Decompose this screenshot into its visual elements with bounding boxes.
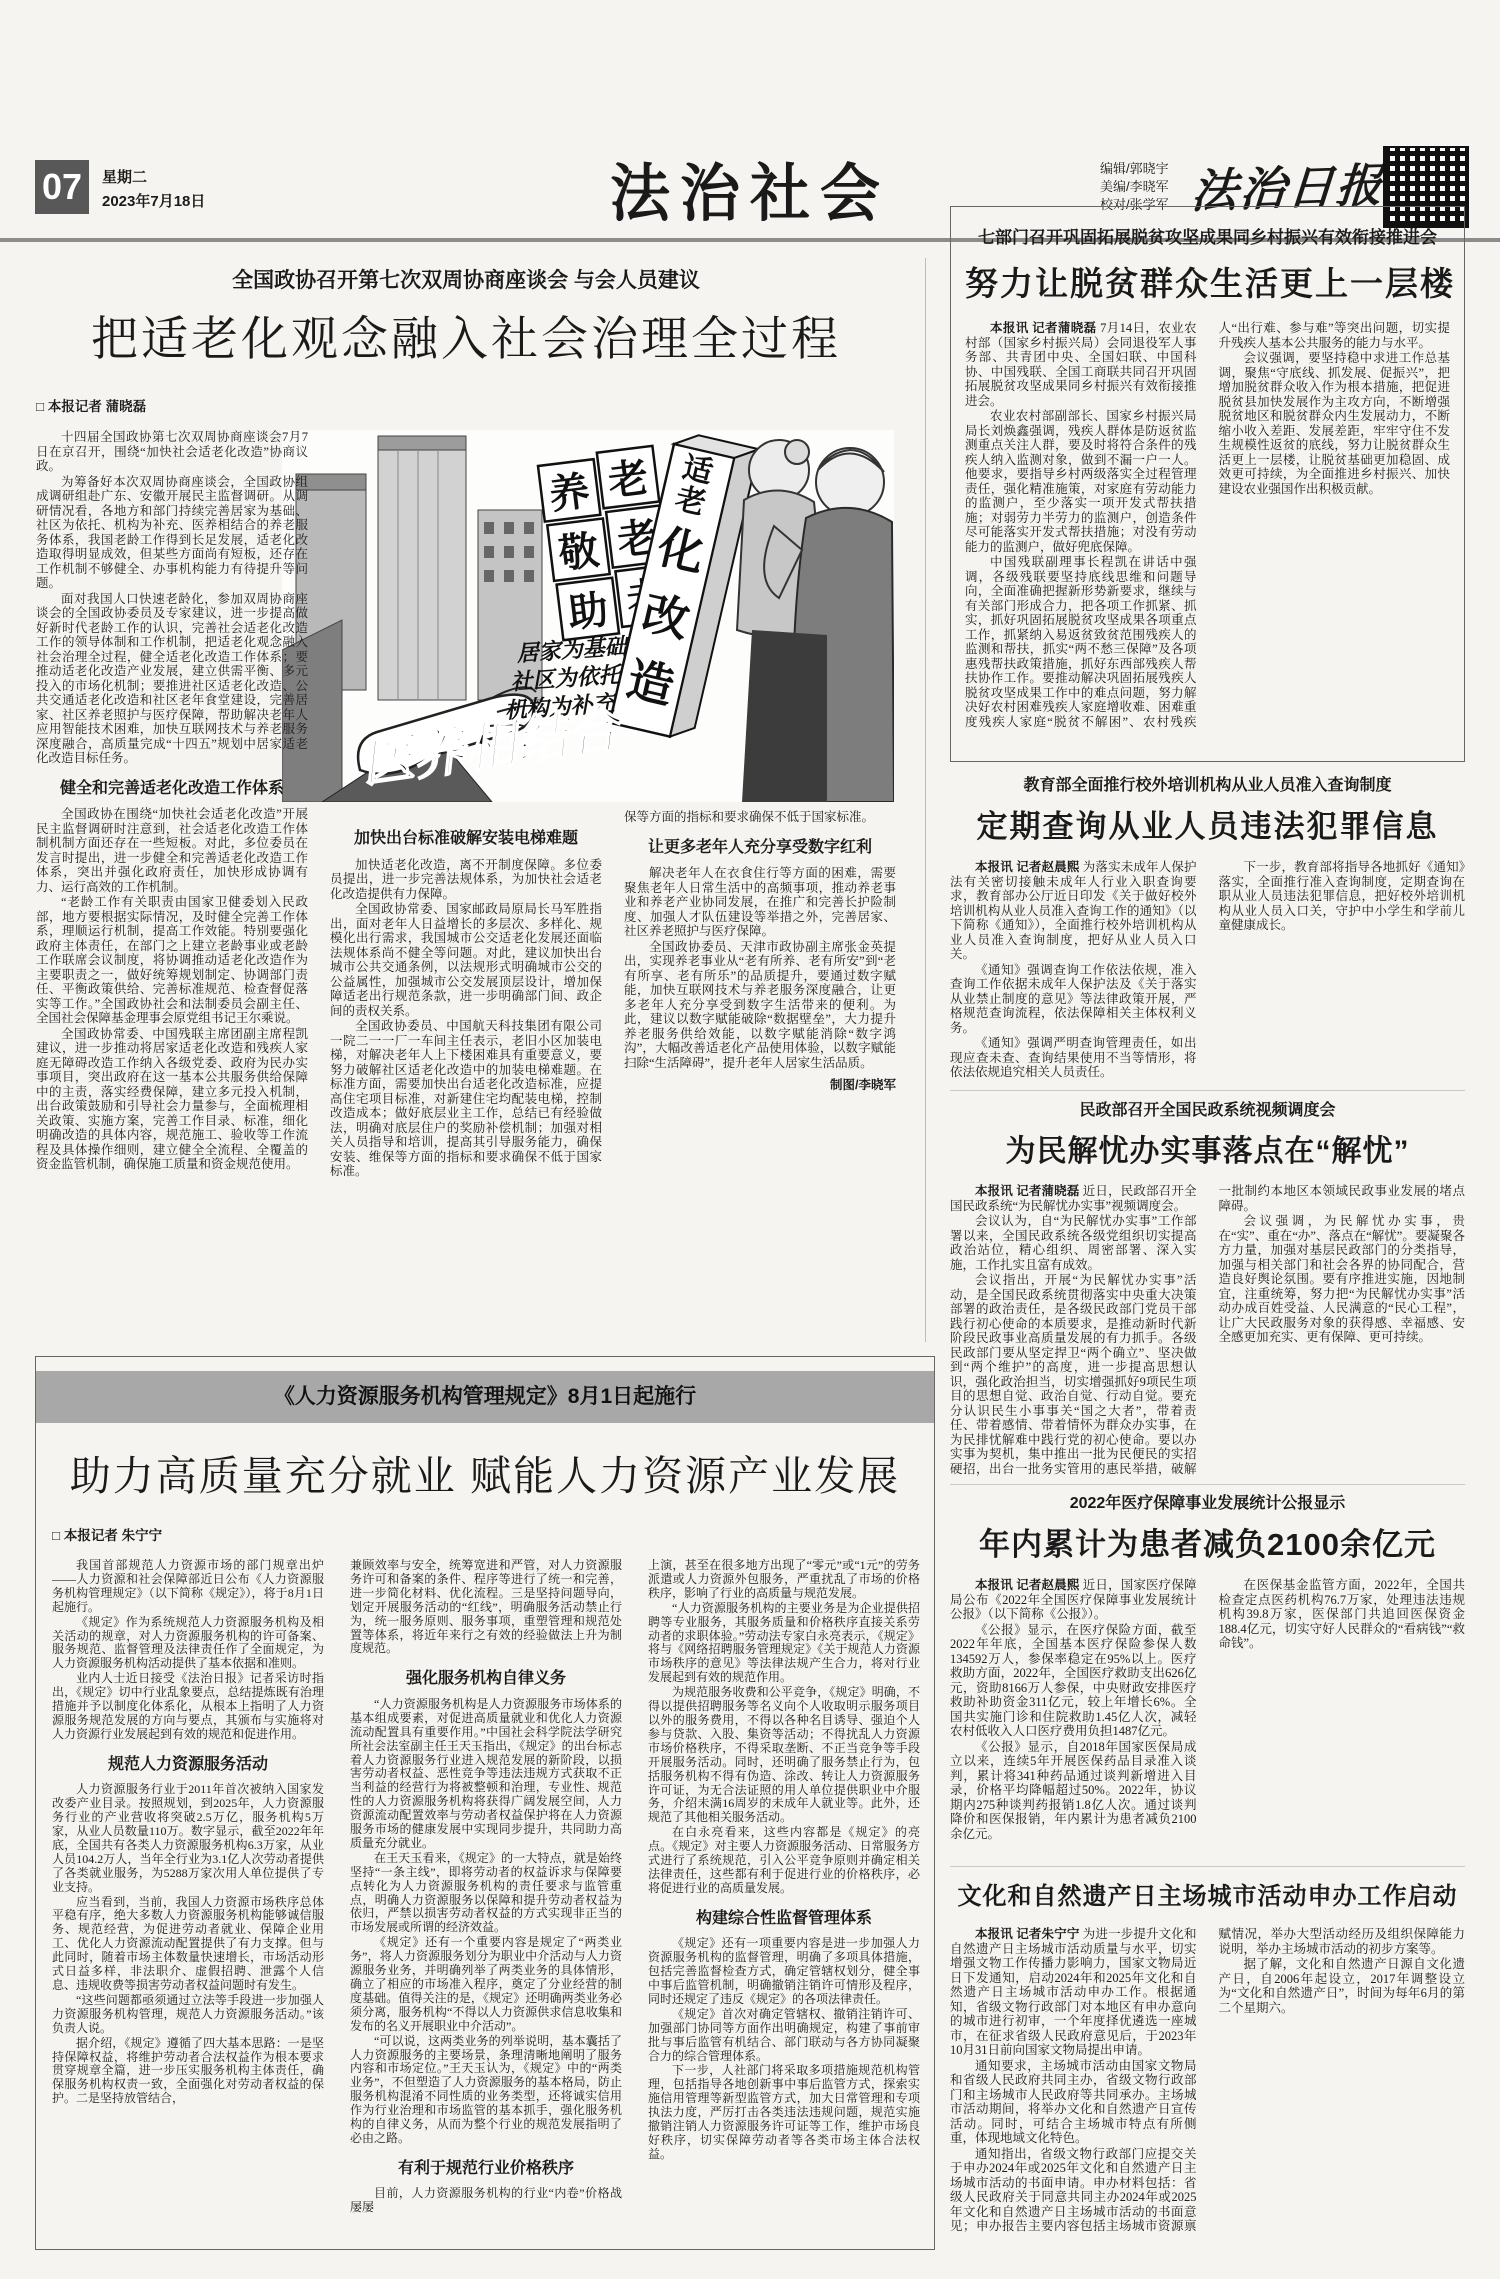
paragraph: 据了解，文化和自然遗产日源自文化遗产日，自2006年起设立，2017年调整设立为… — [1219, 1957, 1466, 2015]
weekday-label: 星期二 — [102, 166, 147, 187]
paragraph: 十四届全国政协第七次双周协商座谈会7月7日在京召开，围绕“加快社会适老化改造”协… — [36, 430, 308, 474]
column-subheading: 强化服务机构自律义务 — [350, 1670, 622, 1689]
column-subheading: 规范人力资源服务活动 — [52, 1756, 324, 1775]
article-main: 全国政协召开第七次双周协商座谈会 与会人员建议 把适老化观念融入社会治理全过程 … — [36, 258, 896, 415]
article-medical: 2022年医疗保障事业发展统计公报显示 年内累计为患者减负2100余亿元 本报讯… — [950, 1490, 1465, 1850]
main-article-body: 养 老 敬 老 助 老 适 老 — [36, 430, 896, 1340]
paragraph: 下一步，人社部门将采取多项措施规范机构管理，包括指导各地创新事中事后监管方式，探… — [648, 2064, 920, 2161]
paragraph: 为筹备好本次双周协商座谈会，全国政协组成调研组赴广东、安徽开展民主监督调研。从调… — [36, 475, 308, 591]
column-subheading: 让更多老年人充分享受数字红利 — [624, 839, 896, 858]
paragraph: 应当看到，当前，我国人力资源市场秩序总体平稳有序，绝大多数人力资源服务机构能够诚… — [52, 1896, 324, 1993]
paragraph: 目前，人力资源服务机构的行业“内卷”价格战屡屡 — [350, 2187, 622, 2215]
poverty-kicker: 七部门召开巩固拓展脱贫攻坚成果同乡村振兴有效衔接推进会 — [965, 223, 1450, 248]
paragraph: 会议强调，要坚持稳中求进工作总基调，聚焦“守底线、抓发展、促振兴”，把增加脱贫群… — [1219, 351, 1451, 496]
column-subheading: 健全和完善适老化改造工作体系 — [36, 780, 308, 799]
article-heritage: 文化和自然遗产日主场城市活动申办工作启动 本报讯 记者朱宁宁 为进一步提升文化和… — [950, 1876, 1465, 2257]
article-separator — [950, 1866, 1465, 1867]
paragraph: 《规定》首次对确定管辖权、撤销注销许可、加强部门协同等方面作出明确规定，构建了事… — [648, 2008, 920, 2064]
training-kicker: 教育部全面推行校外培训机构从业人员准入查询制度 — [950, 772, 1465, 795]
article-poverty: 七部门召开巩固拓展脱贫攻坚成果同乡村振兴有效衔接推进会 努力让脱贫群众生活更上一… — [950, 206, 1465, 762]
paragraph: “人力资源服务机构的主要业务是为企业提供招聘等专业服务，其服务质量和价格秩序直接… — [648, 1602, 920, 1685]
paragraph: 《公报》显示，自2018年国家医保局成立以来，连续5年开展医保药品目录准入谈判，… — [950, 1740, 1197, 1842]
paragraph: 业内人士近日接受《法治日报》记者采访时指出，《规定》切中行业乱象要点，总结提炼既… — [52, 1672, 324, 1742]
main-column-2: 加快出台标准破解安装电梯难题加快适老化改造，离不开制度保障。多位委员提出，进一步… — [330, 430, 602, 1340]
paragraph: “可以说，这两类业务的列举说明，基本囊括了人力资源服务的主要场景，条理清晰地阐明… — [350, 2035, 622, 2146]
paragraph: 人力资源服务行业于2011年首次被纳入国家发改委产业目录。按照规划，到2025年… — [52, 1783, 324, 1894]
lead-paragraph: 本报讯 记者赵晨熙 近日，国家医疗保障局公布《2022年全国医疗保障事业发展统计… — [950, 1578, 1197, 1622]
paragraph: 在王天玉看来，《规定》的一大特点，就是始终坚持“一条主线”，即将劳动者的权益诉求… — [350, 1852, 622, 1935]
paragraph: 面对我国人口快速老龄化，参加双周协商座谈会的全国政协委员及专家建议，进一步提高做… — [36, 592, 308, 766]
training-body: 本报讯 记者赵晨熙 为落实未成年人保护法有关密切接触未成年人行业入职查询要求，教… — [950, 860, 1465, 1082]
medical-headline: 年内累计为患者减负2100余亿元 — [950, 1519, 1465, 1564]
heritage-body: 本报讯 记者朱宁宁 为进一步提升文化和自然遗产日主场城市活动质量与水平，切实增强… — [950, 1927, 1465, 2257]
hr-column-1: 我国首部规范人力资源市场的部门规章出炉——人力资源和社会保障部近日公布《人力资源… — [52, 1559, 324, 2235]
column-divider — [925, 258, 926, 1342]
main-byline: □ 本报记者 蒲晓磊 — [36, 395, 896, 415]
date-label: 2023年7月18日 — [102, 190, 205, 211]
paragraph: 《规定》作为系统规范人力资源服务机构及相关活动的规章，对人力资源服务机构的许可备… — [52, 1616, 324, 1672]
main-kicker: 全国政协召开第七次双周协商座谈会 与会人员建议 — [36, 264, 896, 294]
poverty-body: 本报讯 记者蒲晓磊 7月14日，农业农村部（国家乡村振兴局）会同退役军人事务部、… — [965, 321, 1450, 751]
paragraph: 全国政协委员、天津市政协副主席张金英提出，实现养老事业从“老有所养、老有所安”到… — [624, 940, 896, 1071]
paragraph: 会议认为，自“为民解忧办实事”工作部署以来，全国民政系统各级党组织切实提高政治站… — [950, 1214, 1197, 1272]
column-subheading: 构建综合性监督管理体系 — [648, 1910, 920, 1929]
paragraph: 会议强调，为民解忧办实事，贵在“实”、重在“办”、落点在“解忧”。要凝聚各方力量… — [1219, 1214, 1466, 1345]
section-title: 法治社会 — [610, 144, 890, 233]
paragraph: 全国政协常委、国家邮政局原局长马军胜指出，面对老年人日益增长的多层次、多样化、规… — [330, 902, 602, 1018]
heritage-headline: 文化和自然遗产日主场城市活动申办工作启动 — [950, 1876, 1465, 1911]
medical-body: 本报讯 记者赵晨熙 近日，国家医疗保障局公布《2022年全国医疗保障事业发展统计… — [950, 1578, 1465, 1850]
hr-kicker: 《人力资源服务机构管理规定》8月1日起施行 — [274, 1385, 696, 1408]
hr-column-3: 上演，甚至在很多地方出现了“零元”或“1元”的劳务派遣或人力资源外包服务，严重扰… — [648, 1559, 920, 2235]
main-column-1: 十四届全国政协第七次双周协商座谈会7月7日在京召开，围绕“加快社会适老化改造”协… — [36, 430, 308, 1340]
article-hr: 《人力资源服务机构管理规定》8月1日起施行 助力高质量充分就业 赋能人力资源产业… — [35, 1356, 935, 2250]
paragraph: 在白永亮看来，这些内容都是《规定》的亮点。《规定》对主要人力资源服务活动、日常服… — [648, 1826, 920, 1896]
paragraph: “人力资源服务机构是人力资源服务市场体系的基本组成要素，对促进高质量就业和优化人… — [350, 1698, 622, 1851]
paragraph: 解决老年人在衣食住行等方面的困难，需要聚焦老年人日常生活中的高频事项，推动养老事… — [624, 866, 896, 939]
column-subheading: 有利于规范行业价格秩序 — [350, 2160, 622, 2179]
art-editor-line: 美编/李晓军 — [1100, 178, 1169, 196]
paragraph: 我国首部规范人力资源市场的部门规章出炉——人力资源和社会保障部近日公布《人力资源… — [52, 1559, 324, 1615]
paragraph: 在医保基金监管方面，2022年，全国共检查定点医药机构76.7万家，处理违法违规… — [1219, 1578, 1466, 1651]
paragraph: 为规范服务收费和公平竞争，《规定》明确，不得以提供招聘服务等名义向个人收取明示服… — [648, 1686, 920, 1825]
page-number-box: 07 — [35, 160, 89, 214]
paragraph: 兼顾效率与安全，统筹宽进和严管，对人力资源服务许可和备案的条件、程序等进行了统一… — [350, 1559, 622, 1656]
article-training: 教育部全面推行校外培训机构从业人员准入查询制度 定期查询从业人员违法犯罪信息 本… — [950, 772, 1465, 1082]
paragraph: 《规定》还有一项重要内容是进一步加强人力资源服务机构的监督管理，明确了多项具体措… — [648, 1937, 920, 2007]
hr-article-body: 我国首部规范人力资源市场的部门规章出炉——人力资源和社会保障部近日公布《人力资源… — [52, 1559, 920, 2235]
paragraph: 上演，甚至在很多地方出现了“零元”或“1元”的劳务派遣或人力资源外包服务，严重扰… — [648, 1559, 920, 1601]
main-column-3: 保等方面的指标和要求确保不低于国家标准。让更多老年人充分享受数字红利解决老年人在… — [624, 430, 896, 1340]
page-number: 07 — [35, 160, 89, 214]
paragraph: 全国政协在围绕“加快社会适老化改造”开展民主监督调研时注意到，社会适老化改造工作… — [36, 807, 308, 894]
article-separator — [950, 1090, 1465, 1091]
article-separator — [950, 1484, 1465, 1485]
civil-body: 本报讯 记者蒲晓磊 近日，民政部召开全国民政系统“为民解忧办实事”视频调度会。会… — [950, 1184, 1465, 1476]
paragraph: 《通知》强调查询工作依法依规，准入查询工作依据未成年人保护法及《关于落实从业禁止… — [950, 963, 1197, 1036]
paragraph: 《通知》强调严明查询管理责任，如出现应查未查、查询结果使用不当等情形，将依法依规… — [950, 1036, 1197, 1080]
column-subheading: 加快出台标准破解安装电梯难题 — [330, 830, 602, 849]
newspaper-page: 07 星期二 2023年7月18日 法治社会 编辑/郭晓宇 美编/李晓军 校对/… — [0, 0, 1500, 2279]
paragraph: “老龄工作有关职责由国家卫健委划入民政部，地方要根据实际情况，及时健全完善工作体… — [36, 895, 308, 1026]
poverty-headline: 努力让脱贫群众生活更上一层楼 — [965, 258, 1450, 305]
illustration-credit: 制图/李晓军 — [624, 1078, 896, 1093]
paragraph: 通知要求，主场城市活动由国家文物局和省级人民政府共同主办，省级文物行政部门和主场… — [950, 2059, 1197, 2146]
paragraph: “这些问题都亟须通过立法等手段进一步加强人力资源服务机构管理，规范人力资源服务活… — [52, 1994, 324, 2036]
medical-kicker: 2022年医疗保障事业发展统计公报显示 — [950, 1490, 1465, 1513]
paragraph: 农业农村部副部长、国家乡村振兴局局长刘焕鑫强调，残疾人群体是防返贫监测重点关注人… — [965, 409, 1197, 554]
civil-headline: 为民解忧办实事落点在“解忧” — [950, 1126, 1465, 1170]
paragraph: 据介绍，《规定》遵循了四大基本思路：一是坚持保障权益，将维护劳动者合法权益作为根… — [52, 2037, 324, 2107]
lead-paragraph: 本报讯 记者朱宁宁 为进一步提升文化和自然遗产日主场城市活动质量与水平，切实增强… — [950, 1927, 1197, 2058]
hr-column-2: 兼顾效率与安全，统筹宽进和严管，对人力资源服务许可和备案的条件、程序等进行了统一… — [350, 1559, 622, 2235]
training-headline: 定期查询从业人员违法犯罪信息 — [950, 801, 1465, 846]
hr-byline: □ 本报记者 朱宁宁 — [52, 1524, 934, 1544]
paragraph: 保等方面的指标和要求确保不低于国家标准。 — [624, 810, 896, 825]
paragraph: 全国政协委员、中国航天科技集团有限公司一院二一一厂一车间主任表示，老旧小区加装电… — [330, 1019, 602, 1179]
hr-kicker-band: 《人力资源服务机构管理规定》8月1日起施行 — [36, 1371, 934, 1423]
paragraph: 《公报》显示，在医疗保险方面，截至2022年年底，全国基本医疗保险参保人数134… — [950, 1623, 1197, 1739]
lead-paragraph: 本报讯 记者蒲晓磊 7月14日，农业农村部（国家乡村振兴局）会同退役军人事务部、… — [965, 321, 1197, 408]
civil-kicker: 民政部召开全国民政系统视频调度会 — [950, 1097, 1465, 1120]
paragraph: 《规定》还有一个重要内容是规定了“两类业务”，将人力资源服务划分为职业中介活动与… — [350, 1936, 622, 2033]
hr-headline: 助力高质量充分就业 赋能人力资源产业发展 — [36, 1443, 934, 1502]
lead-paragraph: 本报讯 记者蒲晓磊 近日，民政部召开全国民政系统“为民解忧办实事”视频调度会。 — [950, 1184, 1197, 1213]
main-headline: 把适老化观念融入社会治理全过程 — [36, 302, 896, 369]
article-civil: 民政部召开全国民政系统视频调度会 为民解忧办实事落点在“解忧” 本报讯 记者蒲晓… — [950, 1097, 1465, 1476]
paragraph: 下一步，教育部将指导各地抓好《通知》落实，全面推行准入查询制度，定期查询在职从业… — [1219, 860, 1466, 933]
editor-line: 编辑/郭晓宇 — [1100, 160, 1169, 178]
lead-paragraph: 本报讯 记者赵晨熙 为落实未成年人保护法有关密切接触未成年人行业入职查询要求，教… — [950, 860, 1197, 962]
paragraph: 加快适老化改造，离不开制度保障。多位委员提出，进一步完善法规体系，为加快社会适老… — [330, 858, 602, 902]
paragraph: 全国政协常委、中国残联主席团副主席程凯建议，进一步推动将居家适老化改造和残疾人家… — [36, 1027, 308, 1172]
